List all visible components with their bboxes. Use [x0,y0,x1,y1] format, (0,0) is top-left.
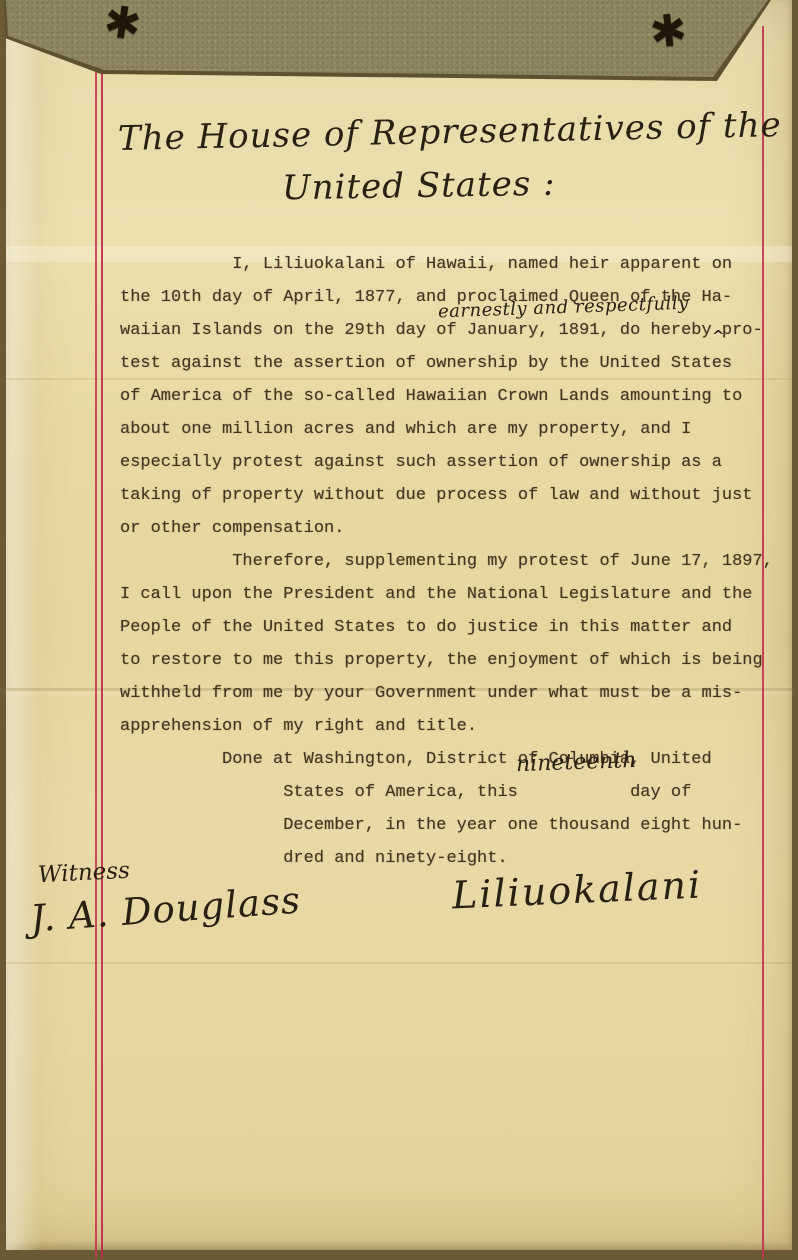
fastener-rosette-icon: ✱ [648,8,689,56]
typed-line: taking of property without due process o… [120,479,773,512]
typed-line: or other compensation. [120,512,773,545]
left-margin-rule-outer [95,64,97,1258]
insertion-caret-mark: ^ [712,327,725,345]
typed-line: about one million acres and which are my… [120,413,773,446]
typed-line: I call upon the President and the Nation… [120,578,773,611]
typed-line: apprehension of my right and title. [120,710,773,743]
typed-line: People of the United States to do justic… [120,611,773,644]
typed-line: to restore to me this property, the enjo… [120,644,773,677]
witness-label: Witness [37,858,130,889]
scanned-letter-liliuokalani-protest: The House of Representatives of the Unit… [0,0,798,1260]
typed-line: Done at Washington, District of Columbia… [120,743,773,776]
typed-line: Therefore, supplementing my protest of J… [120,545,773,578]
typed-line: test against the assertion of ownership … [120,347,773,380]
typed-line: I, Liliuokalani of Hawaii, named heir ap… [120,248,773,281]
handwritten-date-word: nineteenth [516,748,637,777]
paper-edge-highlight [6,30,40,1250]
fold-crease [6,962,792,964]
typed-line: December, in the year one thousand eight… [120,809,773,842]
typed-line: especially protest against such assertio… [120,446,773,479]
typed-line: of America of the so-called Hawaiian Cro… [120,380,773,413]
mounting-board-top: ✱ ✱ [0,0,798,80]
typed-line: withheld from me by your Government unde… [120,677,773,710]
script-heading-line2: United States : [282,164,556,209]
left-margin-rule-inner [101,64,103,1258]
typed-body: I, Liliuokalani of Hawaii, named heir ap… [120,248,773,875]
typed-line: States of America, this day of [120,776,773,809]
fastener-rosette-icon: ✱ [101,0,144,48]
